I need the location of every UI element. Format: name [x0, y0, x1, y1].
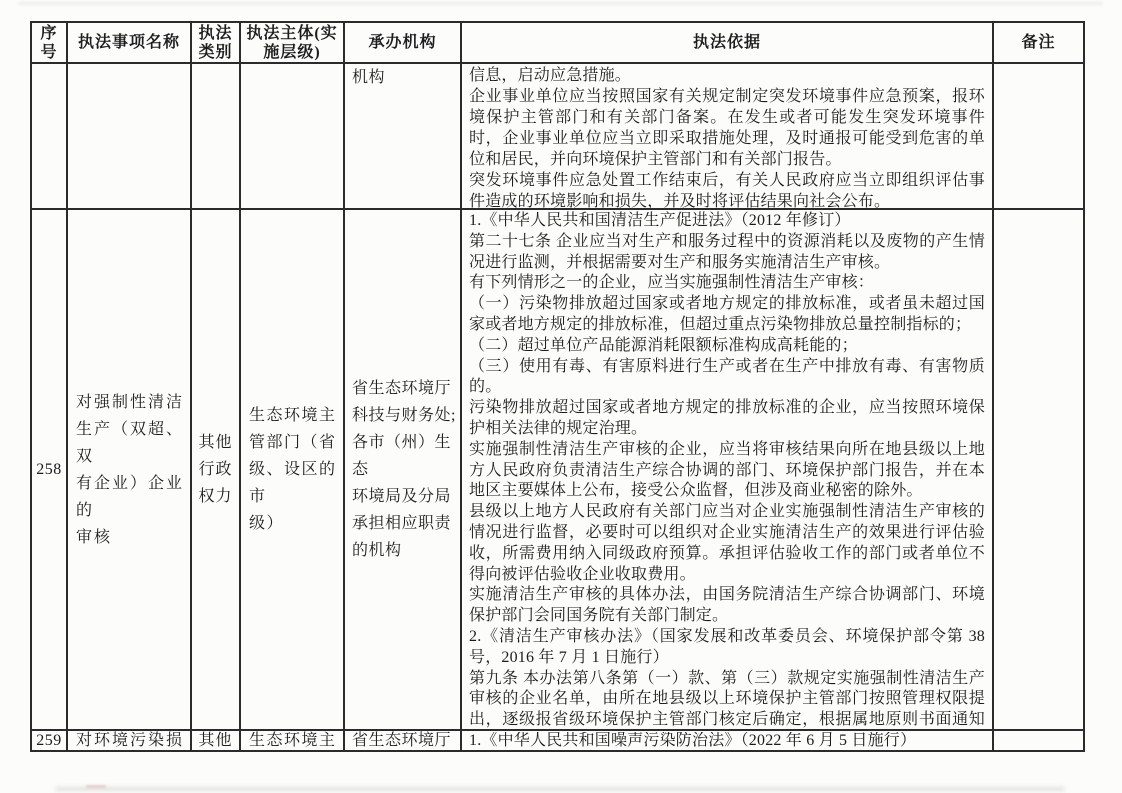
header-undertaking-agency: 承办机构 — [344, 22, 461, 63]
cell-agency: 省生态环境厅 科技与财务处; 各市（州）生态 环境局及分局 承担相应职责 的机构 — [344, 209, 461, 730]
cell-category — [191, 63, 240, 209]
table-row-continuation: 机构 信息，启动应急措施。 企业事业单位应当按照国家有关规定制定突发环境事件应急… — [31, 63, 1084, 209]
cell-serial — [31, 63, 67, 209]
cell-item-name — [67, 63, 191, 209]
cell-agency: 机构 — [344, 63, 461, 209]
cell-item-name: 对强制性清洁 生产（双超、双 有企业）企业的 审核 — [67, 209, 191, 730]
header-serial-number-label: 序 号 — [32, 24, 66, 62]
cell-legal-basis: 1.《中华人民共和国清洁生产促进法》（2012 年修订） 第二十七条 企业应当对… — [461, 209, 993, 730]
header-item-name: 执法事项名称 — [67, 22, 191, 63]
cell-item-name: 对环境污染损 — [67, 730, 191, 751]
header-enforcement-category: 执法 类别 — [191, 22, 240, 63]
cell-serial: 258 — [31, 209, 67, 730]
header-legal-basis: 执法依据 — [461, 22, 993, 63]
header-remarks: 备注 — [993, 22, 1084, 63]
cell-remark — [993, 730, 1084, 751]
header-enforcement-subject-label: 执法主体(实 施层级) — [241, 24, 343, 62]
table-header-row: 序 号 执法事项名称 执法 类别 执法主体(实 施层级) 承办机构 执法依据 备… — [31, 22, 1084, 63]
table-row-259: 259 对环境污染损 其他 生态环境主 省生态环境厅 1.《中华人民共和国噪声污… — [31, 730, 1084, 751]
cell-category: 其他 行政 权力 — [191, 209, 240, 730]
header-item-name-label: 执法事项名称 — [68, 33, 190, 52]
cell-subject: 生态环境主 — [240, 730, 344, 751]
header-enforcement-category-label: 执法 类别 — [192, 24, 239, 62]
cell-remark — [993, 63, 1084, 209]
header-undertaking-agency-label: 承办机构 — [345, 33, 460, 52]
cell-serial: 259 — [31, 730, 67, 751]
table-row-258: 258 对强制性清洁 生产（双超、双 有企业）企业的 审核 其他 行政 权力 生… — [31, 209, 1084, 730]
header-legal-basis-label: 执法依据 — [462, 33, 992, 52]
cell-category: 其他 — [191, 730, 240, 751]
cell-remark — [993, 209, 1084, 730]
scan-artifact-top — [18, 2, 1103, 5]
cell-subject: 生态环境主 管部门（省 级、设区的市 级） — [240, 209, 344, 730]
cell-agency: 省生态环境厅 — [344, 730, 461, 751]
cell-legal-basis: 信息，启动应急措施。 企业事业单位应当按照国家有关规定制定突发环境事件应急预案，… — [461, 63, 993, 209]
cell-subject — [240, 63, 344, 209]
scan-artifact-smudge — [86, 785, 106, 788]
header-serial-number: 序 号 — [31, 22, 67, 63]
scan-artifact-bottom — [55, 787, 1065, 791]
enforcement-items-table: 序 号 执法事项名称 执法 类别 执法主体(实 施层级) 承办机构 执法依据 备… — [30, 21, 1085, 752]
cell-legal-basis: 1.《中华人民共和国噪声污染防治法》（2022 年 6 月 5 日施行） — [461, 730, 993, 751]
header-remarks-label: 备注 — [994, 33, 1083, 52]
header-enforcement-subject: 执法主体(实 施层级) — [240, 22, 344, 63]
